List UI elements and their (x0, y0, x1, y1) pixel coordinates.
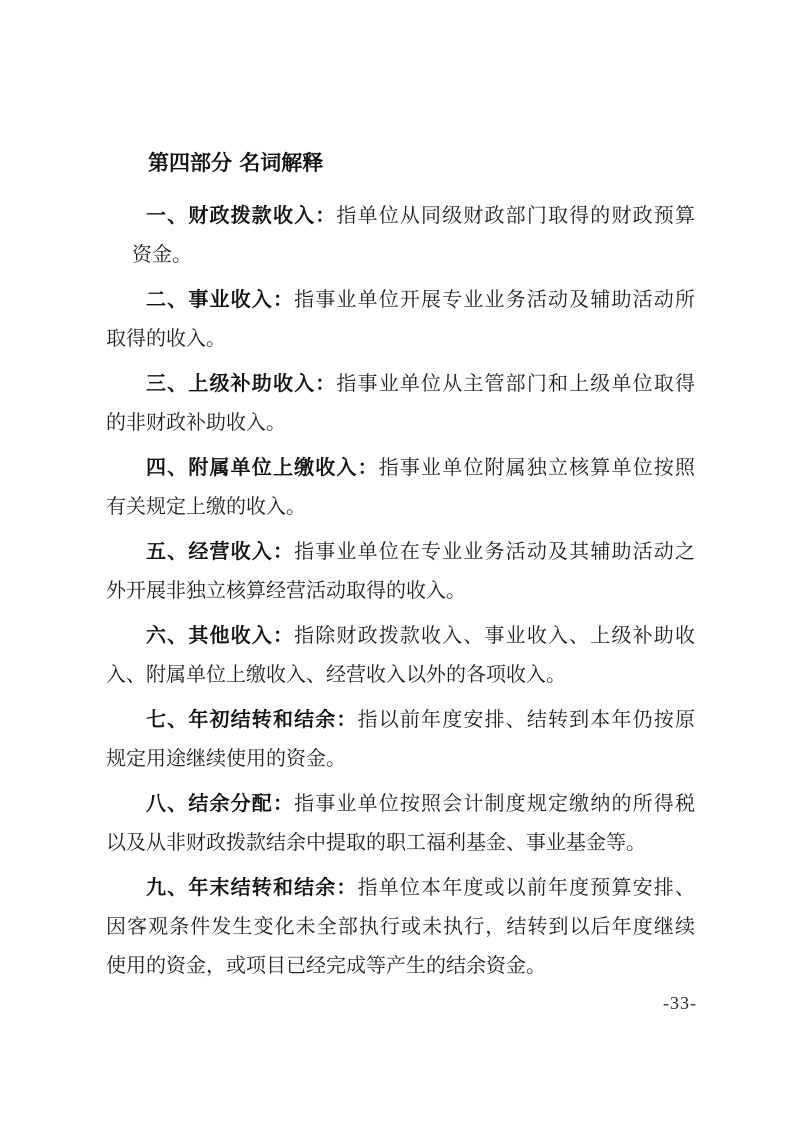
term-definition-text: 指以前年度安排、结转到本年仍按原 (358, 709, 696, 731)
term-item: 三、上级补助收入：指事业单位从主管部门和上级单位取得的非财政补助收入。 (106, 365, 696, 443)
term-definition-text: 指除财政拨款收入、事业收入、上级补助收 (294, 625, 696, 647)
term-wrapped-line: 的非财政补助收入。 (106, 404, 696, 443)
term-lead-line: 三、上级补助收入：指事业单位从主管部门和上级单位取得 (106, 365, 696, 404)
document-page: 第四部分 名词解释 一、财政拨款收入：指单位从同级财政部门取得的财政预算资金。二… (0, 0, 793, 1122)
term-label: 四、附属单位上缴收入： (146, 457, 379, 479)
term-definition-text: 指事业单位开展专业业务活动及辅助活动所 (294, 289, 696, 311)
term-definition-text: 指事业单位按照会计制度规定缴纳的所得税 (294, 793, 696, 815)
term-wrapped-line: 取得的收入。 (106, 320, 696, 359)
term-label: 八、结余分配： (146, 793, 294, 815)
term-item: 六、其他收入：指除财政拨款收入、事业收入、上级补助收入、附属单位上缴收入、经营收… (106, 617, 696, 695)
term-wrapped-line: 有关规定上缴的收入。 (106, 488, 696, 527)
term-label: 七、年初结转和结余： (146, 709, 358, 731)
term-lead-line: 五、经营收入：指事业单位在专业业务活动及其辅助活动之 (106, 533, 696, 572)
term-definition-text: 指事业单位在专业业务活动及其辅助活动之 (294, 541, 696, 563)
term-lead-line: 二、事业收入：指事业单位开展专业业务活动及辅助活动所 (106, 281, 696, 320)
term-lead-line: 四、附属单位上缴收入：指事业单位附属独立核算单位按照 (106, 449, 696, 488)
term-item: 二、事业收入：指事业单位开展专业业务活动及辅助活动所取得的收入。 (106, 281, 696, 359)
terms-list: 一、财政拨款收入：指单位从同级财政部门取得的财政预算资金。二、事业收入：指事业单… (106, 197, 696, 986)
term-label: 三、上级补助收入： (146, 373, 336, 395)
term-definition-text: 指单位从同级财政部门取得的财政预算 (336, 205, 696, 227)
term-wrapped-line: 因客观条件发生变化未全部执行或未执行，结转到以后年度继续 (106, 908, 696, 947)
term-wrapped-line: 以及从非财政拨款结余中提取的职工福利基金、事业基金等。 (106, 824, 696, 863)
term-lead-line: 八、结余分配：指事业单位按照会计制度规定缴纳的所得税 (106, 785, 696, 824)
term-definition-text: 指单位本年度或以前年度预算安排、 (358, 877, 696, 899)
section-title: 第四部分 名词解释 (106, 150, 696, 177)
term-item: 八、结余分配：指事业单位按照会计制度规定缴纳的所得税以及从非财政拨款结余中提取的… (106, 785, 696, 863)
term-lead-line: 七、年初结转和结余：指以前年度安排、结转到本年仍按原 (106, 701, 696, 740)
document-content: 第四部分 名词解释 一、财政拨款收入：指单位从同级财政部门取得的财政预算资金。二… (106, 150, 696, 986)
term-wrapped-line: 资金。 (106, 236, 696, 275)
page-number: -33- (663, 993, 697, 1013)
term-label: 六、其他收入： (146, 625, 294, 647)
term-item: 七、年初结转和结余：指以前年度安排、结转到本年仍按原规定用途继续使用的资金。 (106, 701, 696, 779)
term-lead-line: 九、年末结转和结余：指单位本年度或以前年度预算安排、 (106, 869, 696, 908)
term-definition-text: 指事业单位从主管部门和上级单位取得 (336, 373, 696, 395)
term-label: 一、财政拨款收入： (146, 205, 336, 227)
term-wrapped-line: 规定用途继续使用的资金。 (106, 740, 696, 779)
term-wrapped-line: 外开展非独立核算经营活动取得的收入。 (106, 572, 696, 611)
term-item: 一、财政拨款收入：指单位从同级财政部门取得的财政预算资金。 (106, 197, 696, 275)
term-wrapped-line: 使用的资金，或项目已经完成等产生的结余资金。 (106, 947, 696, 986)
term-label: 二、事业收入： (146, 289, 294, 311)
term-lead-line: 六、其他收入：指除财政拨款收入、事业收入、上级补助收 (106, 617, 696, 656)
term-item: 四、附属单位上缴收入：指事业单位附属独立核算单位按照有关规定上缴的收入。 (106, 449, 696, 527)
term-item: 五、经营收入：指事业单位在专业业务活动及其辅助活动之外开展非独立核算经营活动取得… (106, 533, 696, 611)
term-wrapped-line: 入、附属单位上缴收入、经营收入以外的各项收入。 (106, 656, 696, 695)
term-definition-text: 指事业单位附属独立核算单位按照 (379, 457, 696, 479)
term-lead-line: 一、财政拨款收入：指单位从同级财政部门取得的财政预算 (106, 197, 696, 236)
term-label: 五、经营收入： (146, 541, 294, 563)
term-label: 九、年末结转和结余： (146, 877, 358, 899)
term-item: 九、年末结转和结余：指单位本年度或以前年度预算安排、因客观条件发生变化未全部执行… (106, 869, 696, 986)
